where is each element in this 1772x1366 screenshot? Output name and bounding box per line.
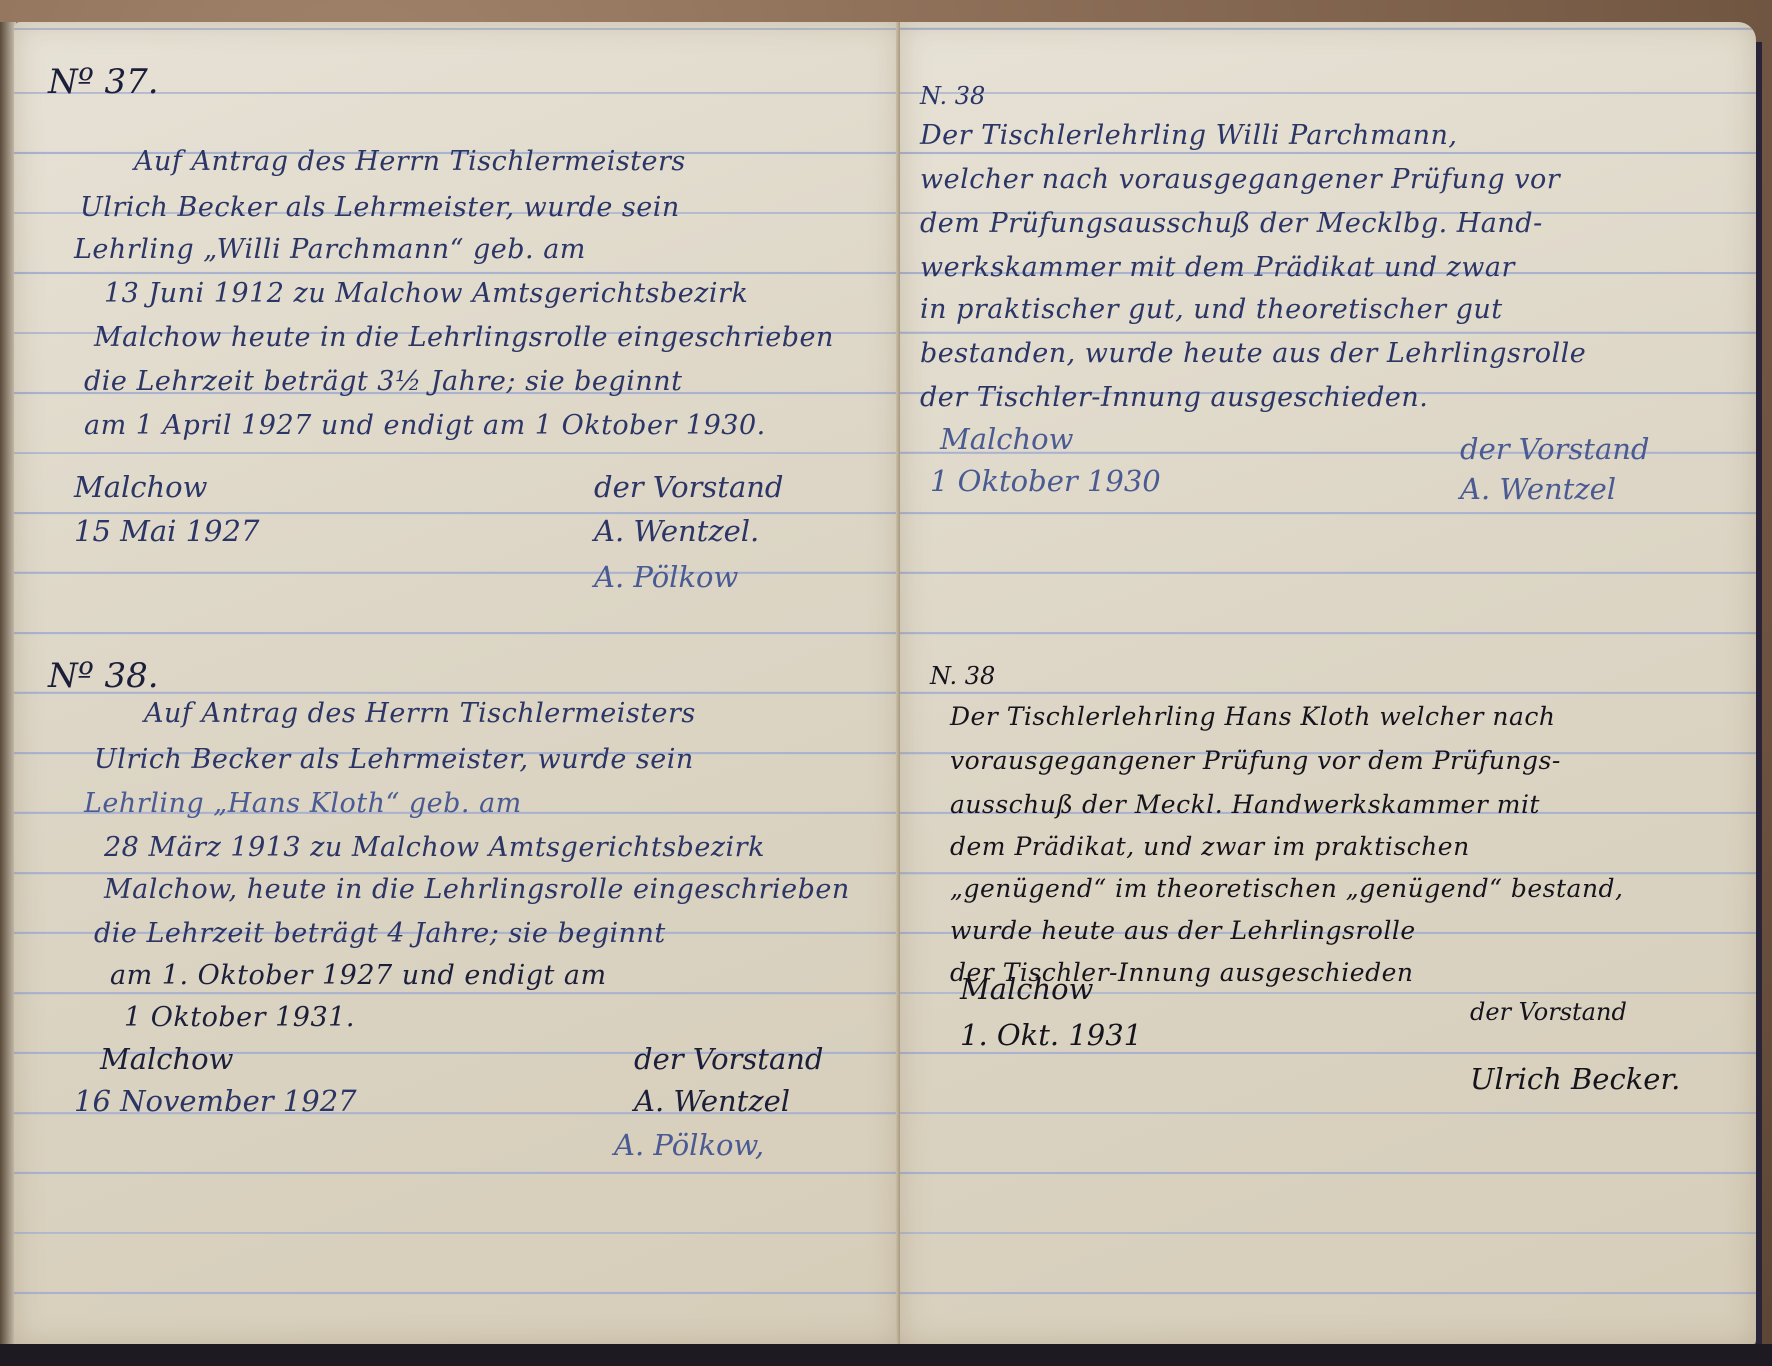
entry-line: der Tischler-Innung ausgeschieden. — [920, 382, 1428, 413]
entry-line: vorausgegangener Prüfung vor dem Prüfung… — [950, 746, 1561, 775]
entry-line: am 1. Oktober 1927 und endigt am — [110, 960, 607, 991]
entry-line: ausschuß der Meckl. Handwerkskammer mit — [950, 790, 1540, 819]
entry-line: dem Prüfungsausschuß der Mecklbg. Hand- — [920, 208, 1543, 239]
entry-line: Der Tischlerlehrling Hans Kloth welcher … — [950, 702, 1555, 731]
entry-number: N. 38 — [930, 662, 995, 690]
signature: A. Pölkow — [594, 560, 738, 594]
place: Malchow — [74, 470, 207, 504]
entry-line: Lehrling „Willi Parchmann“ geb. am — [74, 234, 586, 265]
entry-line: Lehrling „Hans Kloth“ geb. am — [84, 788, 522, 819]
entry-line: die Lehrzeit beträgt 4 Jahre; sie beginn… — [94, 918, 666, 949]
entry-line: in praktischer gut, und theoretischer gu… — [920, 294, 1503, 325]
entry-number: Nº 37. — [48, 62, 159, 102]
entry-line: Auf Antrag des Herrn Tischlermeisters — [134, 146, 686, 177]
entry-line: 13 Juni 1912 zu Malchow Amtsgerichtsbezi… — [104, 278, 748, 309]
right-page: N. 38 Der Tischlerlehrling Willi Parchma… — [900, 22, 1756, 1346]
signature: A. Wentzel — [1460, 472, 1616, 506]
entry-line: Malchow, heute in die Lehrlingsrolle ein… — [104, 874, 850, 905]
place: Malchow — [100, 1042, 233, 1076]
entry-line: Der Tischlerlehrling Willi Parchmann, — [920, 120, 1458, 151]
left-page: Nº 37. Auf Antrag des Herrn Tischlermeis… — [14, 22, 900, 1346]
entry-line: 28 März 1913 zu Malchow Amtsgerichtsbezi… — [104, 832, 765, 863]
signature: A. Wentzel. — [594, 514, 759, 548]
signature: A. Wentzel — [634, 1084, 790, 1118]
signature-title: der Vorstand — [1470, 998, 1627, 1026]
signature-title: der Vorstand — [1460, 432, 1649, 466]
entry-line: Ulrich Becker als Lehrmeister, wurde sei… — [80, 192, 680, 223]
entry-line: welcher nach vorausgegangener Prüfung vo… — [920, 164, 1560, 195]
place: Malchow — [940, 422, 1073, 456]
date: 1. Okt. 1931 — [960, 1018, 1142, 1052]
date: 16 November 1927 — [74, 1084, 357, 1118]
date: 1 Oktober 1930 — [930, 464, 1161, 498]
entry-number: Nº 38. — [48, 656, 159, 696]
entry-line: Malchow heute in die Lehrlingsrolle eing… — [94, 322, 834, 353]
entry-line: bestanden, wurde heute aus der Lehrlings… — [920, 338, 1586, 369]
entry-line: am 1 April 1927 und endigt am 1 Oktober … — [84, 410, 766, 441]
signature-title: der Vorstand — [594, 470, 783, 504]
signature: Ulrich Becker. — [1470, 1062, 1680, 1096]
signature-title: der Vorstand — [634, 1042, 823, 1076]
entry-line: Auf Antrag des Herrn Tischlermeisters — [144, 698, 696, 729]
entry-line: wurde heute aus der Lehrlingsrolle — [950, 916, 1416, 945]
book-bottom-edge — [0, 1344, 1772, 1366]
entry-line: werkskammer mit dem Prädikat und zwar — [920, 252, 1515, 283]
date: 15 Mai 1927 — [74, 514, 259, 548]
entry-number: N. 38 — [920, 82, 985, 110]
place: Malchow — [960, 972, 1093, 1006]
entry-line: 1 Oktober 1931. — [124, 1002, 355, 1033]
signature: A. Pölkow, — [614, 1128, 764, 1162]
entry-line: Ulrich Becker als Lehrmeister, wurde sei… — [94, 744, 694, 775]
entry-line: „genügend“ im theoretischen „genügend“ b… — [950, 874, 1624, 903]
entry-line: die Lehrzeit beträgt 3½ Jahre; sie begin… — [84, 366, 682, 397]
entry-line: dem Prädikat, und zwar im praktischen — [950, 832, 1470, 861]
